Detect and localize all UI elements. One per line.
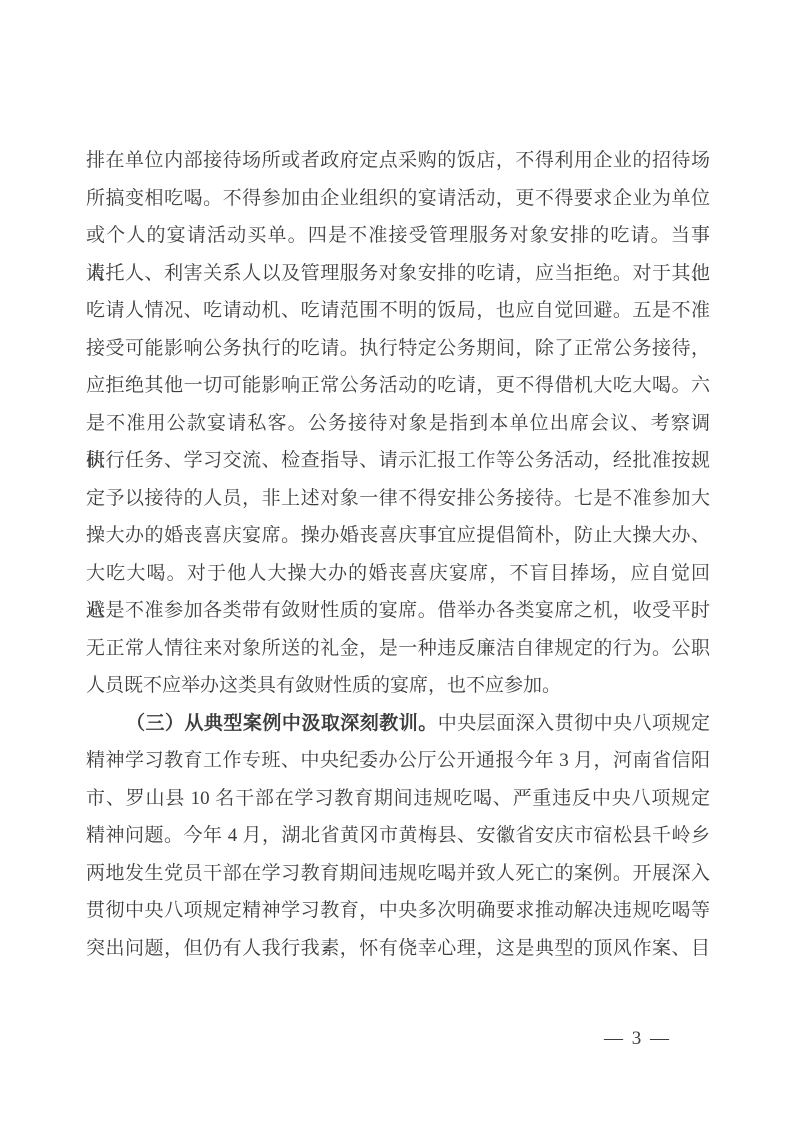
- document-page: 排在单位内部接待场所或者政府定点采购的饭店，不得利用企业的招待场 所搞变相吃喝。…: [0, 0, 793, 1122]
- text-line: 执行任务、学习交流、检查指导、请示汇报工作等公务活动，经批准按规: [86, 442, 710, 480]
- text-line: 吃请人情况、吃请动机、吃请范围不明的饭局，也应自觉回避。五是不准: [86, 292, 710, 330]
- text-line: 或个人的宴请活动买单。四是不准接受管理服务对象安排的吃请。当事人、: [86, 217, 710, 255]
- paragraph-lead-rest: 中央层面深入贯彻中央八项规定: [438, 713, 710, 734]
- document-body: 排在单位内部接待场所或者政府定点采购的饭店，不得利用企业的招待场 所搞变相吃喝。…: [86, 142, 710, 967]
- text-line: 是不准用公款宴请私客。公务接待对象是指到本单位出席会议、考察调研、: [86, 405, 710, 443]
- text-line: 接受可能影响公务执行的吃请。执行特定公务期间，除了正常公务接待，: [86, 330, 710, 368]
- paragraph-lead-bold: （三）从典型案例中汲取深刻教训。: [126, 713, 438, 734]
- text-line: 所搞变相吃喝。不得参加由企业组织的宴请活动，更不得要求企业为单位: [86, 180, 710, 218]
- text-line: 操大办的婚丧喜庆宴席。操办婚丧喜庆事宜应提倡简朴，防止大操大办、: [86, 517, 710, 555]
- page-number: — 3 —: [604, 1028, 671, 1050]
- text-line: 两地发生党员干部在学习教育期间违规吃喝并致人死亡的案例。开展深入: [86, 855, 710, 893]
- text-line: 市、罗山县 10 名干部在学习教育期间违规吃喝、严重违反中央八项规定: [86, 780, 710, 818]
- text-line: 贯彻中央八项规定精神学习教育，中央多次明确要求推动解决违规吃喝等: [86, 892, 710, 930]
- text-line: 请托人、利害关系人以及管理服务对象安排的吃请，应当拒绝。对于其他: [86, 255, 710, 293]
- text-line: 无正常人情往来对象所送的礼金，是一种违反廉洁自律规定的行为。公职: [86, 630, 710, 668]
- text-line: 大吃大喝。对于他人大操大办的婚丧喜庆宴席，不盲目捧场，应自觉回避。: [86, 555, 710, 593]
- text-line: 排在单位内部接待场所或者政府定点采购的饭店，不得利用企业的招待场: [86, 142, 710, 180]
- text-line: 应拒绝其他一切可能影响正常公务活动的吃请，更不得借机大吃大喝。六: [86, 367, 710, 405]
- text-line: 精神学习教育工作专班、中央纪委办公厅公开通报今年 3 月，河南省信阳: [86, 742, 710, 780]
- text-line: 突出问题，但仍有人我行我素，怀有侥幸心理，这是典型的顶风作案、目: [86, 930, 710, 968]
- text-line-paragraph-end: 人员既不应举办这类具有敛财性质的宴席，也不应参加。: [86, 667, 710, 705]
- text-line-paragraph-start: （三）从典型案例中汲取深刻教训。中央层面深入贯彻中央八项规定: [86, 705, 710, 743]
- text-line: 精神问题。今年 4 月，湖北省黄冈市黄梅县、安徽省安庆市宿松县千岭乡: [86, 817, 710, 855]
- text-line: 八是不准参加各类带有敛财性质的宴席。借举办各类宴席之机，收受平时: [86, 592, 710, 630]
- text-line: 定予以接待的人员，非上述对象一律不得安排公务接待。七是不准参加大: [86, 480, 710, 518]
